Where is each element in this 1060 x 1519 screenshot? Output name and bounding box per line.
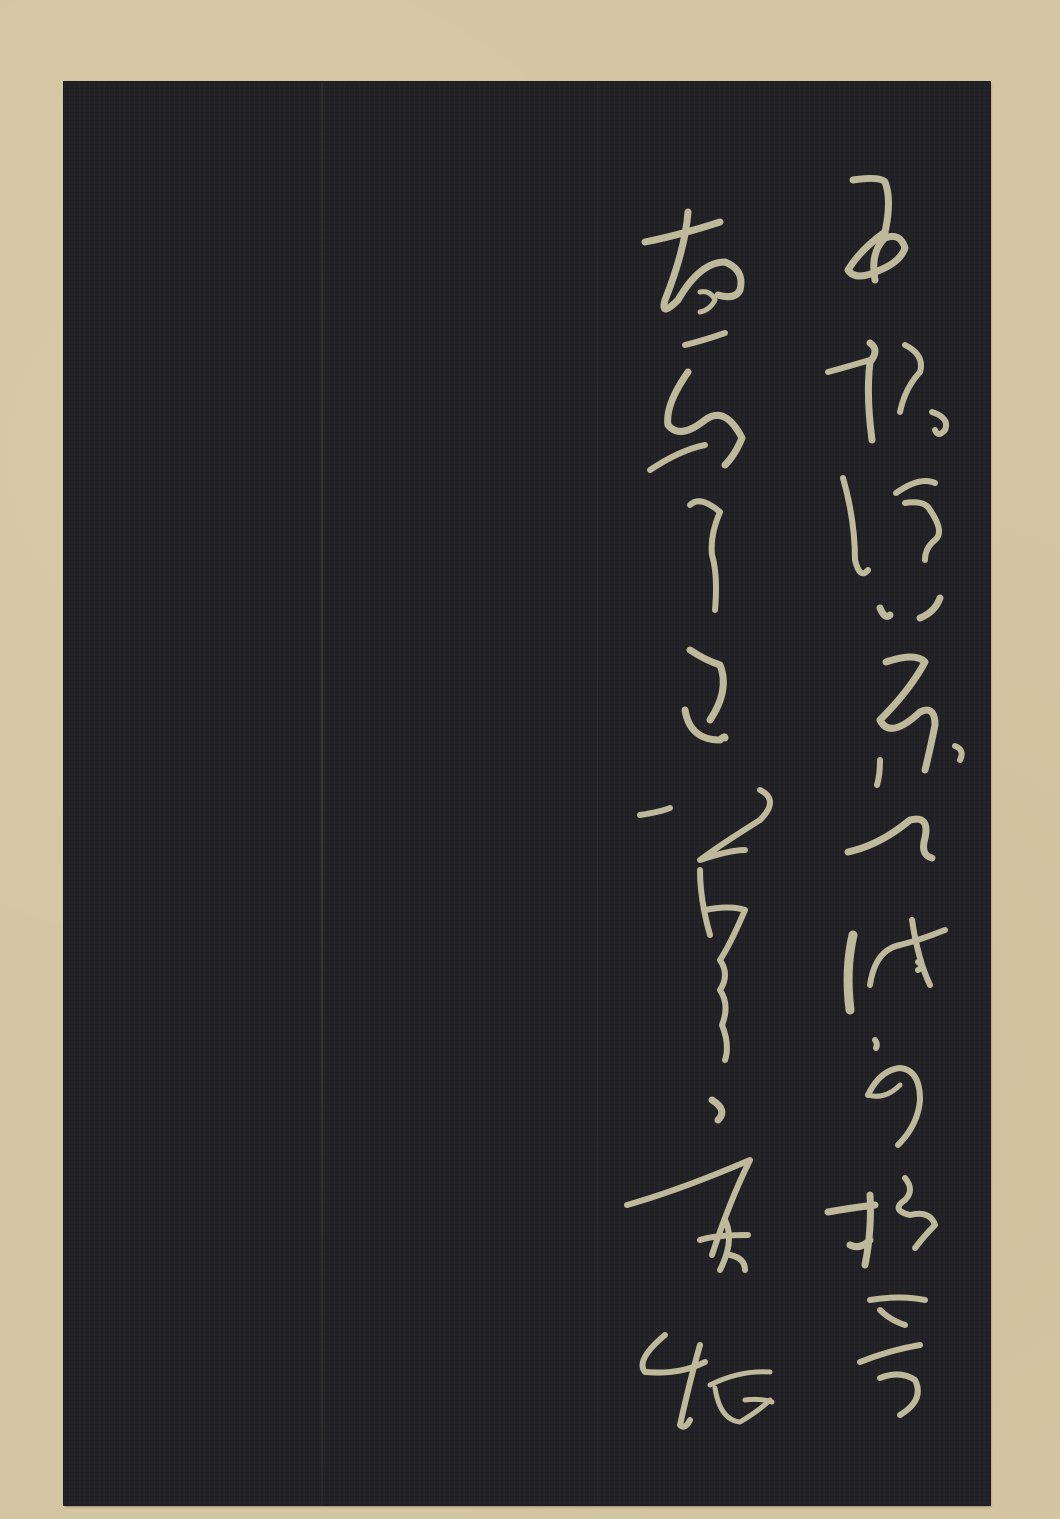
glyph-17	[712, 1100, 722, 1120]
glyph-7	[848, 920, 945, 1010]
glyph-6	[848, 819, 932, 858]
glyph-12	[650, 372, 742, 470]
glyph-19	[643, 1335, 773, 1427]
glyph-13	[690, 501, 720, 610]
glyph-5	[877, 657, 962, 785]
glyph-1	[848, 178, 905, 280]
glyph-14	[685, 650, 725, 740]
glyph-9	[828, 1178, 935, 1265]
glyph-16	[700, 870, 745, 1060]
glyph-2	[828, 343, 946, 440]
glyph-11	[645, 212, 741, 345]
glyph-10	[860, 1298, 925, 1416]
glyph-8	[868, 1040, 920, 1145]
glyph-18	[627, 1160, 750, 1270]
glyph-4	[880, 598, 940, 618]
column-left	[627, 212, 772, 1427]
glyph-15	[640, 790, 770, 860]
column-right	[828, 178, 962, 1415]
glyph-3	[843, 478, 939, 573]
calligraphy-glyphs	[0, 0, 1060, 1519]
